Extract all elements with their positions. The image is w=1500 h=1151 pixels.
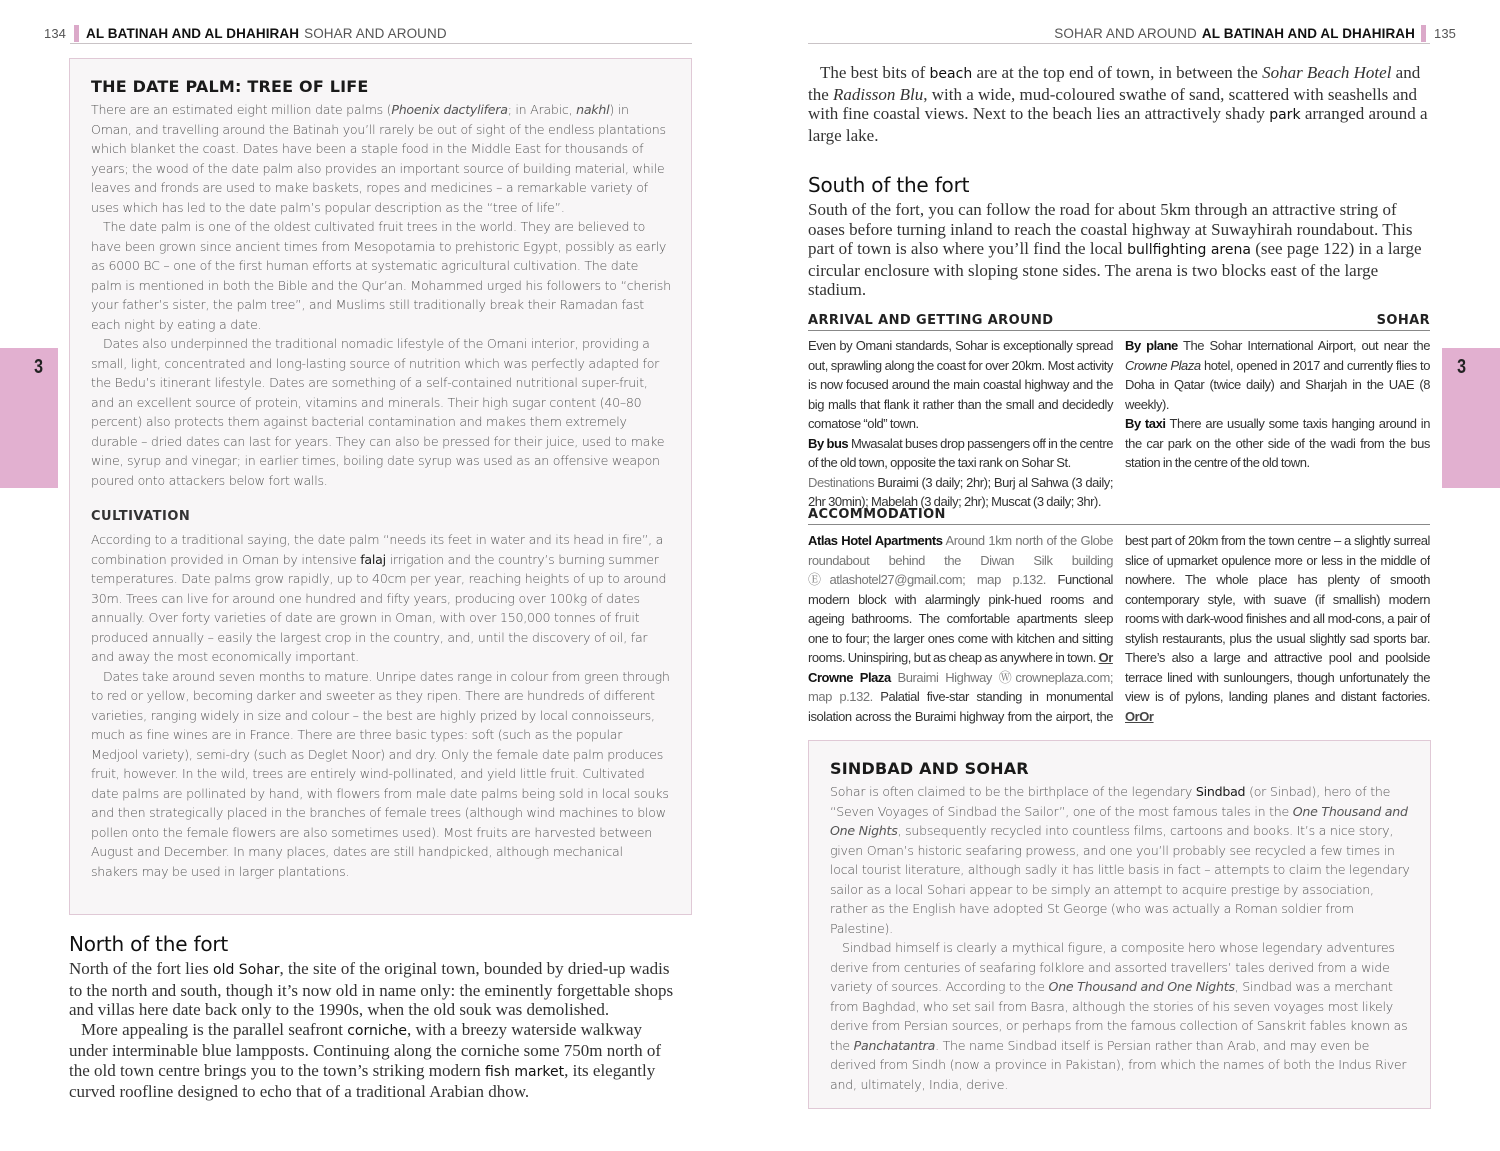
arrival-columns: Even by Omani standards, Sohar is except… xyxy=(808,336,1430,512)
arrival-destinations: Destinations Buraimi (3 daily; 2hr); Bur… xyxy=(808,473,1113,512)
date-palm-box: THE DATE PALM: TREE OF LIFE There are an… xyxy=(69,58,692,915)
arrival-location: SOHAR xyxy=(1377,313,1430,328)
header-rule xyxy=(70,43,692,44)
beach-paragraph: The best bits of beach are at the top en… xyxy=(808,63,1430,145)
keyword-falaj: falaj xyxy=(360,552,386,567)
header-chapter-title: AL BATINAH AND AL DHAHIRAH xyxy=(1202,26,1415,41)
running-header-right: SOHAR AND AROUND AL BATINAH AND AL DHAHI… xyxy=(1054,22,1456,44)
north-section-body: North of the fort lies old Sohar, the si… xyxy=(69,959,681,1102)
section-heading-south: South of the fort xyxy=(808,173,969,197)
box-subheading: CULTIVATION xyxy=(91,509,671,524)
arrival-plane: By plane The Sohar International Airport… xyxy=(1125,336,1430,414)
left-page: 134 AL BATINAH AND AL DHAHIRAH SOHAR AND… xyxy=(0,0,750,1151)
box-title: THE DATE PALM: TREE OF LIFE xyxy=(91,77,671,96)
header-section-title: SOHAR AND AROUND xyxy=(1054,26,1197,41)
price-code: OrOr xyxy=(1125,709,1154,724)
box-paragraph: Dates take around seven months to mature… xyxy=(91,667,671,882)
arrival-column-left: Even by Omani standards, Sohar is except… xyxy=(808,336,1113,512)
body-paragraph: South of the fort, you can follow the ro… xyxy=(808,200,1433,300)
box-paragraph: Sindbad himself is clearly a mythical fi… xyxy=(830,938,1410,1094)
body-paragraph: North of the fort lies old Sohar, the si… xyxy=(69,959,681,1020)
south-section-body: South of the fort, you can follow the ro… xyxy=(808,200,1433,300)
body-paragraph: More appealing is the parallel seafront … xyxy=(69,1020,681,1102)
keyword-old-sohar: old Sohar xyxy=(213,962,279,978)
box-paragraph: Dates also underpinned the traditional n… xyxy=(91,334,671,490)
accommodation-listings: Atlas Hotel Apartments Around 1km north … xyxy=(808,531,1430,726)
header-accent-bar xyxy=(1421,25,1426,42)
email-icon: Ⓔ xyxy=(808,572,830,587)
body-paragraph: The best bits of beach are at the top en… xyxy=(808,63,1430,145)
arrival-intro: Even by Omani standards, Sohar is except… xyxy=(808,336,1113,434)
arrival-taxi: By taxi There are usually some taxis han… xyxy=(1125,414,1430,473)
chapter-number: 3 xyxy=(34,356,43,379)
listing-atlas: Atlas Hotel Apartments Around 1km north … xyxy=(808,531,1113,668)
chapter-number: 3 xyxy=(1457,356,1466,379)
accommodation-heading: ACCOMMODATION xyxy=(808,507,1430,525)
chapter-tab: 3 xyxy=(1442,348,1500,488)
keyword-bullfighting-arena: bullfighting arena xyxy=(1127,242,1251,258)
box-paragraph: According to a traditional saying, the d… xyxy=(91,530,671,667)
keyword-park: park xyxy=(1269,107,1300,123)
listing-name: Atlas Hotel Apartments xyxy=(808,533,942,548)
box-paragraph: There are an estimated eight million dat… xyxy=(91,100,671,217)
box-paragraph: Sohar is often claimed to be the birthpl… xyxy=(830,782,1410,938)
arrival-heading: ARRIVAL AND GETTING AROUND SOHAR xyxy=(808,313,1430,331)
header-chapter-title: AL BATINAH AND AL DHAHIRAH xyxy=(86,26,299,41)
keyword-sindbad: Sindbad xyxy=(1196,784,1245,799)
header-accent-bar xyxy=(74,25,79,42)
arrival-column-right: By plane The Sohar International Airport… xyxy=(1125,336,1430,512)
website-icon: Ⓦ xyxy=(999,670,1016,685)
listing-name: Crowne Plaza xyxy=(808,670,891,685)
sindbad-box: SINDBAD AND SOHAR Sohar is often claimed… xyxy=(808,740,1431,1109)
price-code: Or xyxy=(1099,650,1113,665)
box-paragraph: The date palm is one of the oldest culti… xyxy=(91,217,671,334)
keyword-beach: beach xyxy=(930,66,973,82)
page-number: 135 xyxy=(1434,26,1456,41)
header-section-title: SOHAR AND AROUND xyxy=(304,26,447,41)
right-page: SOHAR AND AROUND AL BATINAH AND AL DHAHI… xyxy=(750,0,1500,1151)
running-header-left: 134 AL BATINAH AND AL DHAHIRAH SOHAR AND… xyxy=(44,22,447,44)
section-heading-north: North of the fort xyxy=(69,932,228,956)
keyword-fish-market: fish market xyxy=(485,1064,564,1080)
box-title: SINDBAD AND SOHAR xyxy=(830,759,1410,778)
keyword-corniche: corniche xyxy=(347,1023,407,1039)
chapter-tab: 3 xyxy=(0,348,58,488)
arrival-bus: By bus Mwasalat buses drop passengers of… xyxy=(808,434,1113,473)
page-number: 134 xyxy=(44,26,66,41)
header-rule xyxy=(808,43,1430,44)
email-link[interactable]: atlashotel27@gmail.com; map p.132. xyxy=(830,572,1046,587)
